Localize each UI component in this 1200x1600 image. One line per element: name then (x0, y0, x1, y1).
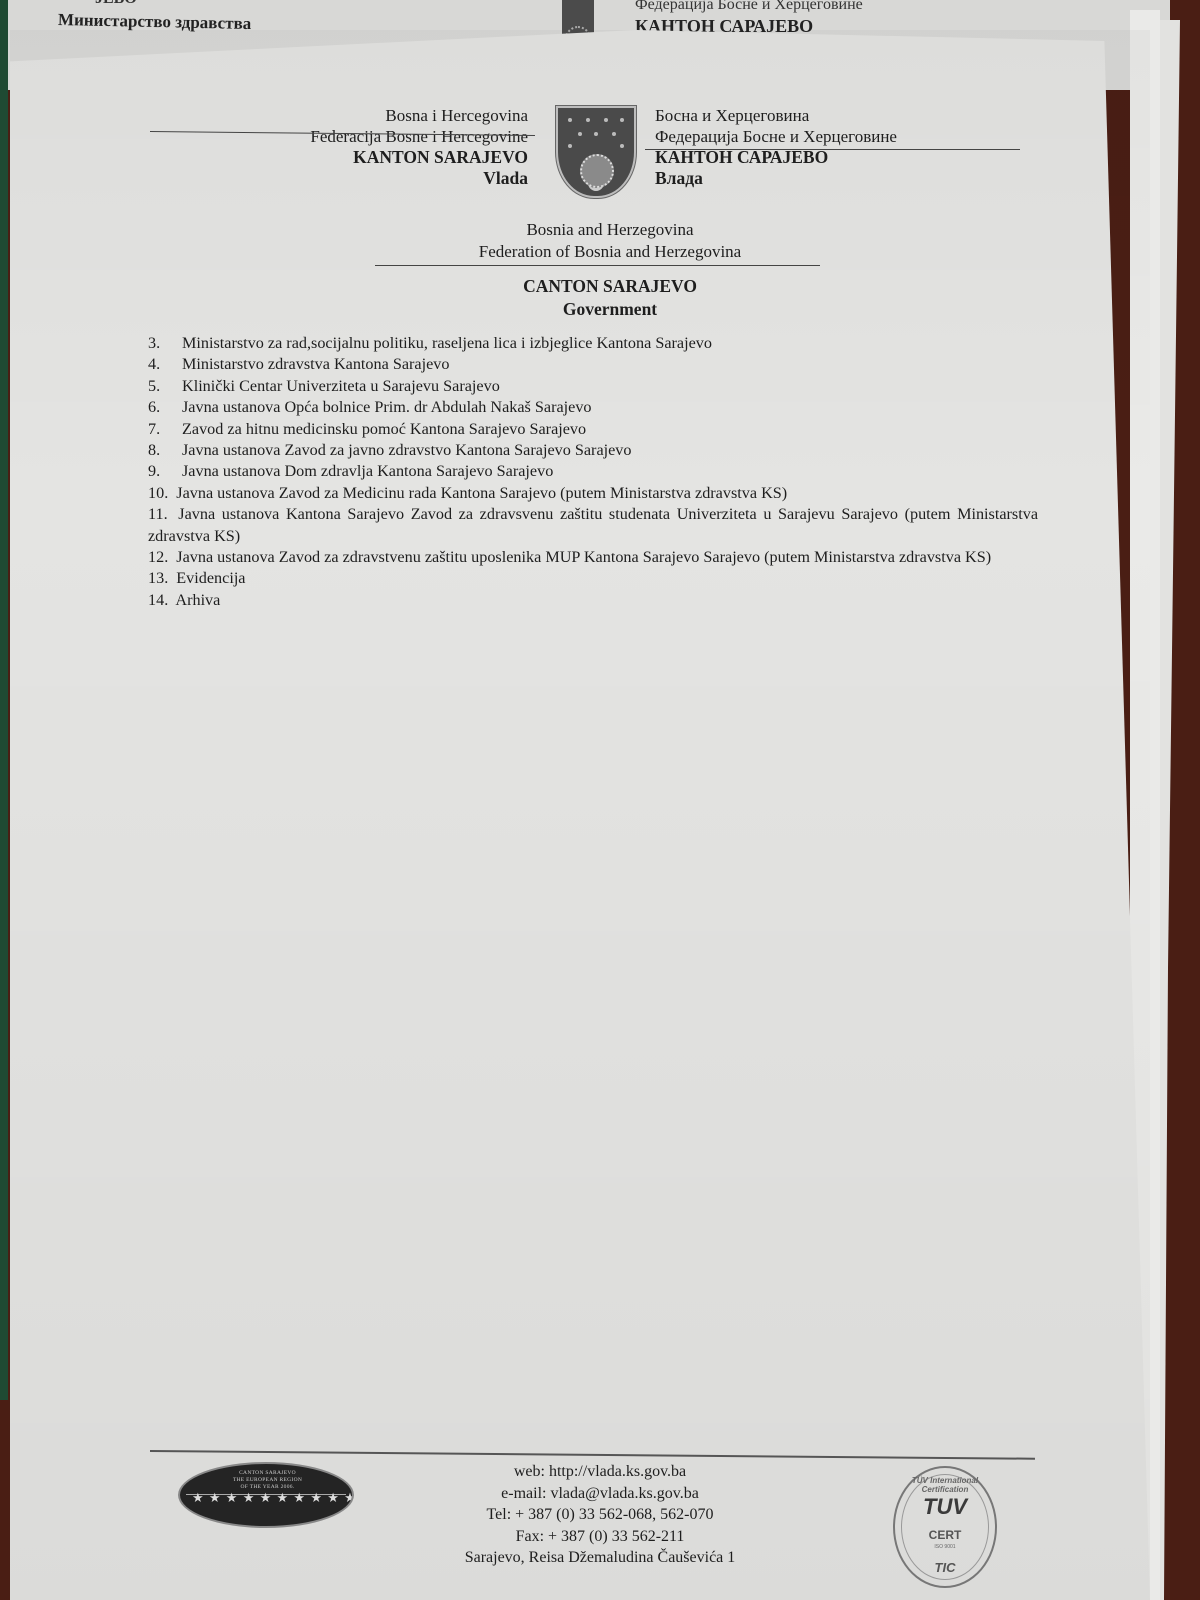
letterhead-latin: Bosna i Hercegovina Federacija Bosne i H… (310, 105, 528, 189)
badge-line: THE EUROPEAN REGION (210, 1477, 325, 1484)
list-text: Ministarstvo za rad,socijalnu politiku, … (182, 333, 712, 354)
list-number: 12. (148, 548, 168, 566)
list-item: 6. Javna ustanova Opća bolnice Prim. dr … (148, 397, 1038, 418)
list-number: 10. (148, 484, 168, 502)
background-partial-heading: ЈЕВО (95, 0, 137, 8)
list-number: 8. (148, 440, 182, 461)
list-item: 13. Evidencija (148, 568, 1038, 589)
letterhead-latin-federation: Federacija Bosne i Hercegovine (310, 126, 528, 147)
letterhead-english-federation: Federation of Bosnia and Herzegovina (380, 241, 840, 263)
footer-address: Sarajevo, Reisa Džemaludina Čauševića 1 (420, 1547, 780, 1569)
letterhead-rule-center (375, 265, 820, 266)
list-number: 9. (148, 461, 182, 482)
letterhead-english-canton-block: CANTON SARAJEVO Government (380, 275, 840, 321)
list-text: Javna ustanova Zavod za zdravstvenu zašt… (176, 548, 991, 566)
seal-cert: CERT (895, 1528, 995, 1542)
list-number: 5. (148, 376, 182, 397)
list-number: 6. (148, 397, 182, 418)
letterhead-english-country: Bosnia and Herzegovina (380, 219, 840, 241)
footer-tel: Tel: + 387 (0) 33 562-068, 562-070 (420, 1504, 780, 1526)
letterhead-cyrillic-federation: Федерација Босне и Херцеговине (655, 126, 897, 147)
letterhead-cyrillic-body: Влада (655, 168, 897, 189)
letterhead-latin-country: Bosna i Hercegovina (310, 105, 528, 126)
seal-tic: TIC (895, 1560, 995, 1575)
list-item: 8. Javna ustanova Zavod za javno zdravst… (148, 440, 1038, 461)
letterhead-latin-canton: KANTON SARAJEVO (310, 147, 528, 168)
list-text: Ministarstvo zdravstva Kantona Sarajevo (182, 354, 449, 375)
list-item: 12. Javna ustanova Zavod za zdravstvenu … (148, 547, 1038, 568)
background-ministry-label: Министарство здравства (58, 10, 252, 34)
letterhead-english-body: Government (380, 298, 840, 321)
background-federation-label: Федерација Босне и Херцеговине (635, 0, 863, 14)
badge-line: CANTON SARAJEVO (210, 1470, 325, 1477)
list-text: Javna ustanova Dom zdravlja Kantona Sara… (182, 461, 553, 482)
list-text: Klinički Centar Univerziteta u Sarajevu … (182, 376, 500, 397)
footer-contact: web: http://vlada.ks.gov.ba e-mail: vlad… (420, 1461, 780, 1569)
list-number: 11. (148, 505, 168, 523)
list-item: 11. Javna ustanova Kantona Sarajevo Zavo… (148, 504, 1038, 547)
list-text: Javna ustanova Zavod za javno zdravstvo … (182, 440, 632, 461)
crescent-icon (588, 178, 604, 191)
list-number: 13. (148, 569, 168, 587)
list-item: 7. Zavod za hitnu medicinsku pomoć Kanto… (148, 419, 1038, 440)
letterhead-english-canton: CANTON SARAJEVO (380, 275, 840, 298)
european-region-badge-icon: CANTON SARAJEVO THE EUROPEAN REGION OF T… (178, 1462, 354, 1528)
tuv-certification-seal-icon: TÜV International Certification TUV CERT… (893, 1466, 997, 1588)
badge-text: CANTON SARAJEVO THE EUROPEAN REGION OF T… (210, 1470, 325, 1491)
list-item: 3. Ministarstvo za rad,socijalnu politik… (148, 333, 1038, 354)
letterhead-rule-right (645, 149, 1020, 150)
list-text: Zavod za hitnu medicinsku pomoć Kantona … (182, 419, 586, 440)
letterhead-latin-body: Vlada (310, 168, 528, 189)
coat-of-arms-icon (556, 106, 636, 198)
seal-brand: TUV (895, 1494, 995, 1520)
list-item: 14. Arhiva (148, 590, 1038, 611)
list-number: 7. (148, 419, 182, 440)
list-text: Evidencija (176, 569, 245, 587)
list-item: 5. Klinički Centar Univerziteta u Saraje… (148, 376, 1038, 397)
footer-email: e-mail: vlada@vlada.ks.gov.ba (420, 1483, 780, 1505)
list-item: 9. Javna ustanova Dom zdravlja Kantona S… (148, 461, 1038, 482)
letterhead-cyrillic-canton: КАНТОН САРАЈЕВО (655, 147, 897, 168)
list-text: Javna ustanova Kantona Sarajevo Zavod za… (148, 505, 1038, 544)
list-number: 4. (148, 354, 182, 375)
list-text: Javna ustanova Zavod za Medicinu rada Ka… (176, 484, 787, 502)
stars-icon: ★ ★ ★ ★ ★ ★ ★ ★ ★ ★ ★ (192, 1490, 354, 1506)
list-text: Javna ustanova Opća bolnice Prim. dr Abd… (182, 397, 592, 418)
recipients-list: 3. Ministarstvo za rad,socijalnu politik… (148, 333, 1038, 611)
seal-iso: ISO 9001 (895, 1544, 995, 1550)
letterhead-cyrillic-country: Босна и Херцеговина (655, 105, 897, 126)
seal-arc-text: TÜV International Certification (895, 1476, 995, 1494)
green-folder-edge (0, 0, 8, 1400)
letterhead-english: Bosnia and Herzegovina Federation of Bos… (380, 219, 840, 263)
list-item: 10. Javna ustanova Zavod za Medicinu rad… (148, 483, 1038, 504)
footer-fax: Fax: + 387 (0) 33 562-211 (420, 1526, 780, 1548)
list-text: Arhiva (175, 591, 220, 609)
list-number: 3. (148, 333, 182, 354)
list-item: 4. Ministarstvo zdravstva Kantona Saraje… (148, 354, 1038, 375)
list-number: 14. (148, 591, 168, 609)
letterhead-cyrillic: Босна и Херцеговина Федерација Босне и Х… (655, 105, 897, 189)
footer-web: web: http://vlada.ks.gov.ba (420, 1461, 780, 1483)
